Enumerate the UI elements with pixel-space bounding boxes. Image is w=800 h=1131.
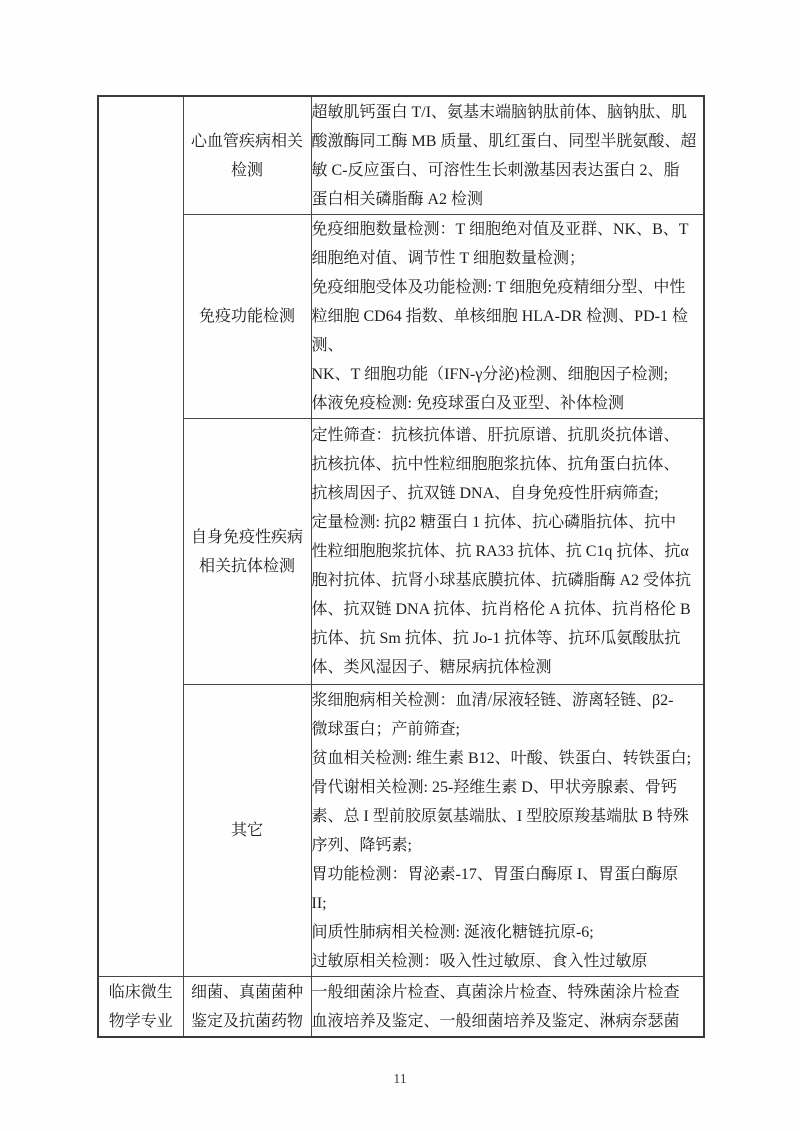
specialty-cell-empty [98, 96, 183, 977]
category-cell-microbiology: 细菌、真菌菌种 鉴定及抗菌药物 [183, 977, 311, 1038]
page-number: 11 [0, 1072, 800, 1088]
table-row-immune-function: 免疫功能检测 免疫细胞数量检测：T 细胞绝对值及亚群、NK、B、T 细胞绝对值、… [98, 215, 704, 419]
category-cell-autoimmune: 自身免疫性疾病 相关抗体检测 [183, 419, 311, 685]
document-page: 心血管疾病相关 检测 超敏肌钙蛋白 T/I、氨基末端脑钠肽前体、脑钠肽、肌 酸激… [0, 0, 800, 1131]
category-cell-immune-function: 免疫功能检测 [183, 215, 311, 419]
content-cell-cardiovascular: 超敏肌钙蛋白 T/I、氨基末端脑钠肽前体、脑钠肽、肌 酸激酶同工酶 MB 质量、… [311, 96, 704, 215]
content-cell-autoimmune: 定性筛查：抗核抗体谱、肝抗原谱、抗肌炎抗体谱、 抗核抗体、抗中性粒细胞胞浆抗体、… [311, 419, 704, 685]
category-cell-cardiovascular: 心血管疾病相关 检测 [183, 96, 311, 215]
specialty-cell-microbiology: 临床微生 物学专业 [98, 977, 183, 1038]
test-catalog-table: 心血管疾病相关 检测 超敏肌钙蛋白 T/I、氨基末端脑钠肽前体、脑钠肽、肌 酸激… [97, 95, 705, 1038]
content-cell-microbiology: 一般细菌涂片检查、真菌涂片检查、特殊菌涂片检查 血液培养及鉴定、一般细菌培养及鉴… [311, 977, 704, 1038]
table-row-microbiology: 临床微生 物学专业 细菌、真菌菌种 鉴定及抗菌药物 一般细菌涂片检查、真菌涂片检… [98, 977, 704, 1038]
content-cell-other: 浆细胞病相关检测：血清/尿液轻链、游离轻链、β2- 微球蛋白；产前筛查; 贫血相… [311, 685, 704, 977]
table-row-autoimmune: 自身免疫性疾病 相关抗体检测 定性筛查：抗核抗体谱、肝抗原谱、抗肌炎抗体谱、 抗… [98, 419, 704, 685]
table-row-other: 其它 浆细胞病相关检测：血清/尿液轻链、游离轻链、β2- 微球蛋白；产前筛查; … [98, 685, 704, 977]
content-cell-immune-function: 免疫细胞数量检测：T 细胞绝对值及亚群、NK、B、T 细胞绝对值、调节性 T 细… [311, 215, 704, 419]
table-row-cardiovascular: 心血管疾病相关 检测 超敏肌钙蛋白 T/I、氨基末端脑钠肽前体、脑钠肽、肌 酸激… [98, 96, 704, 215]
category-cell-other: 其它 [183, 685, 311, 977]
